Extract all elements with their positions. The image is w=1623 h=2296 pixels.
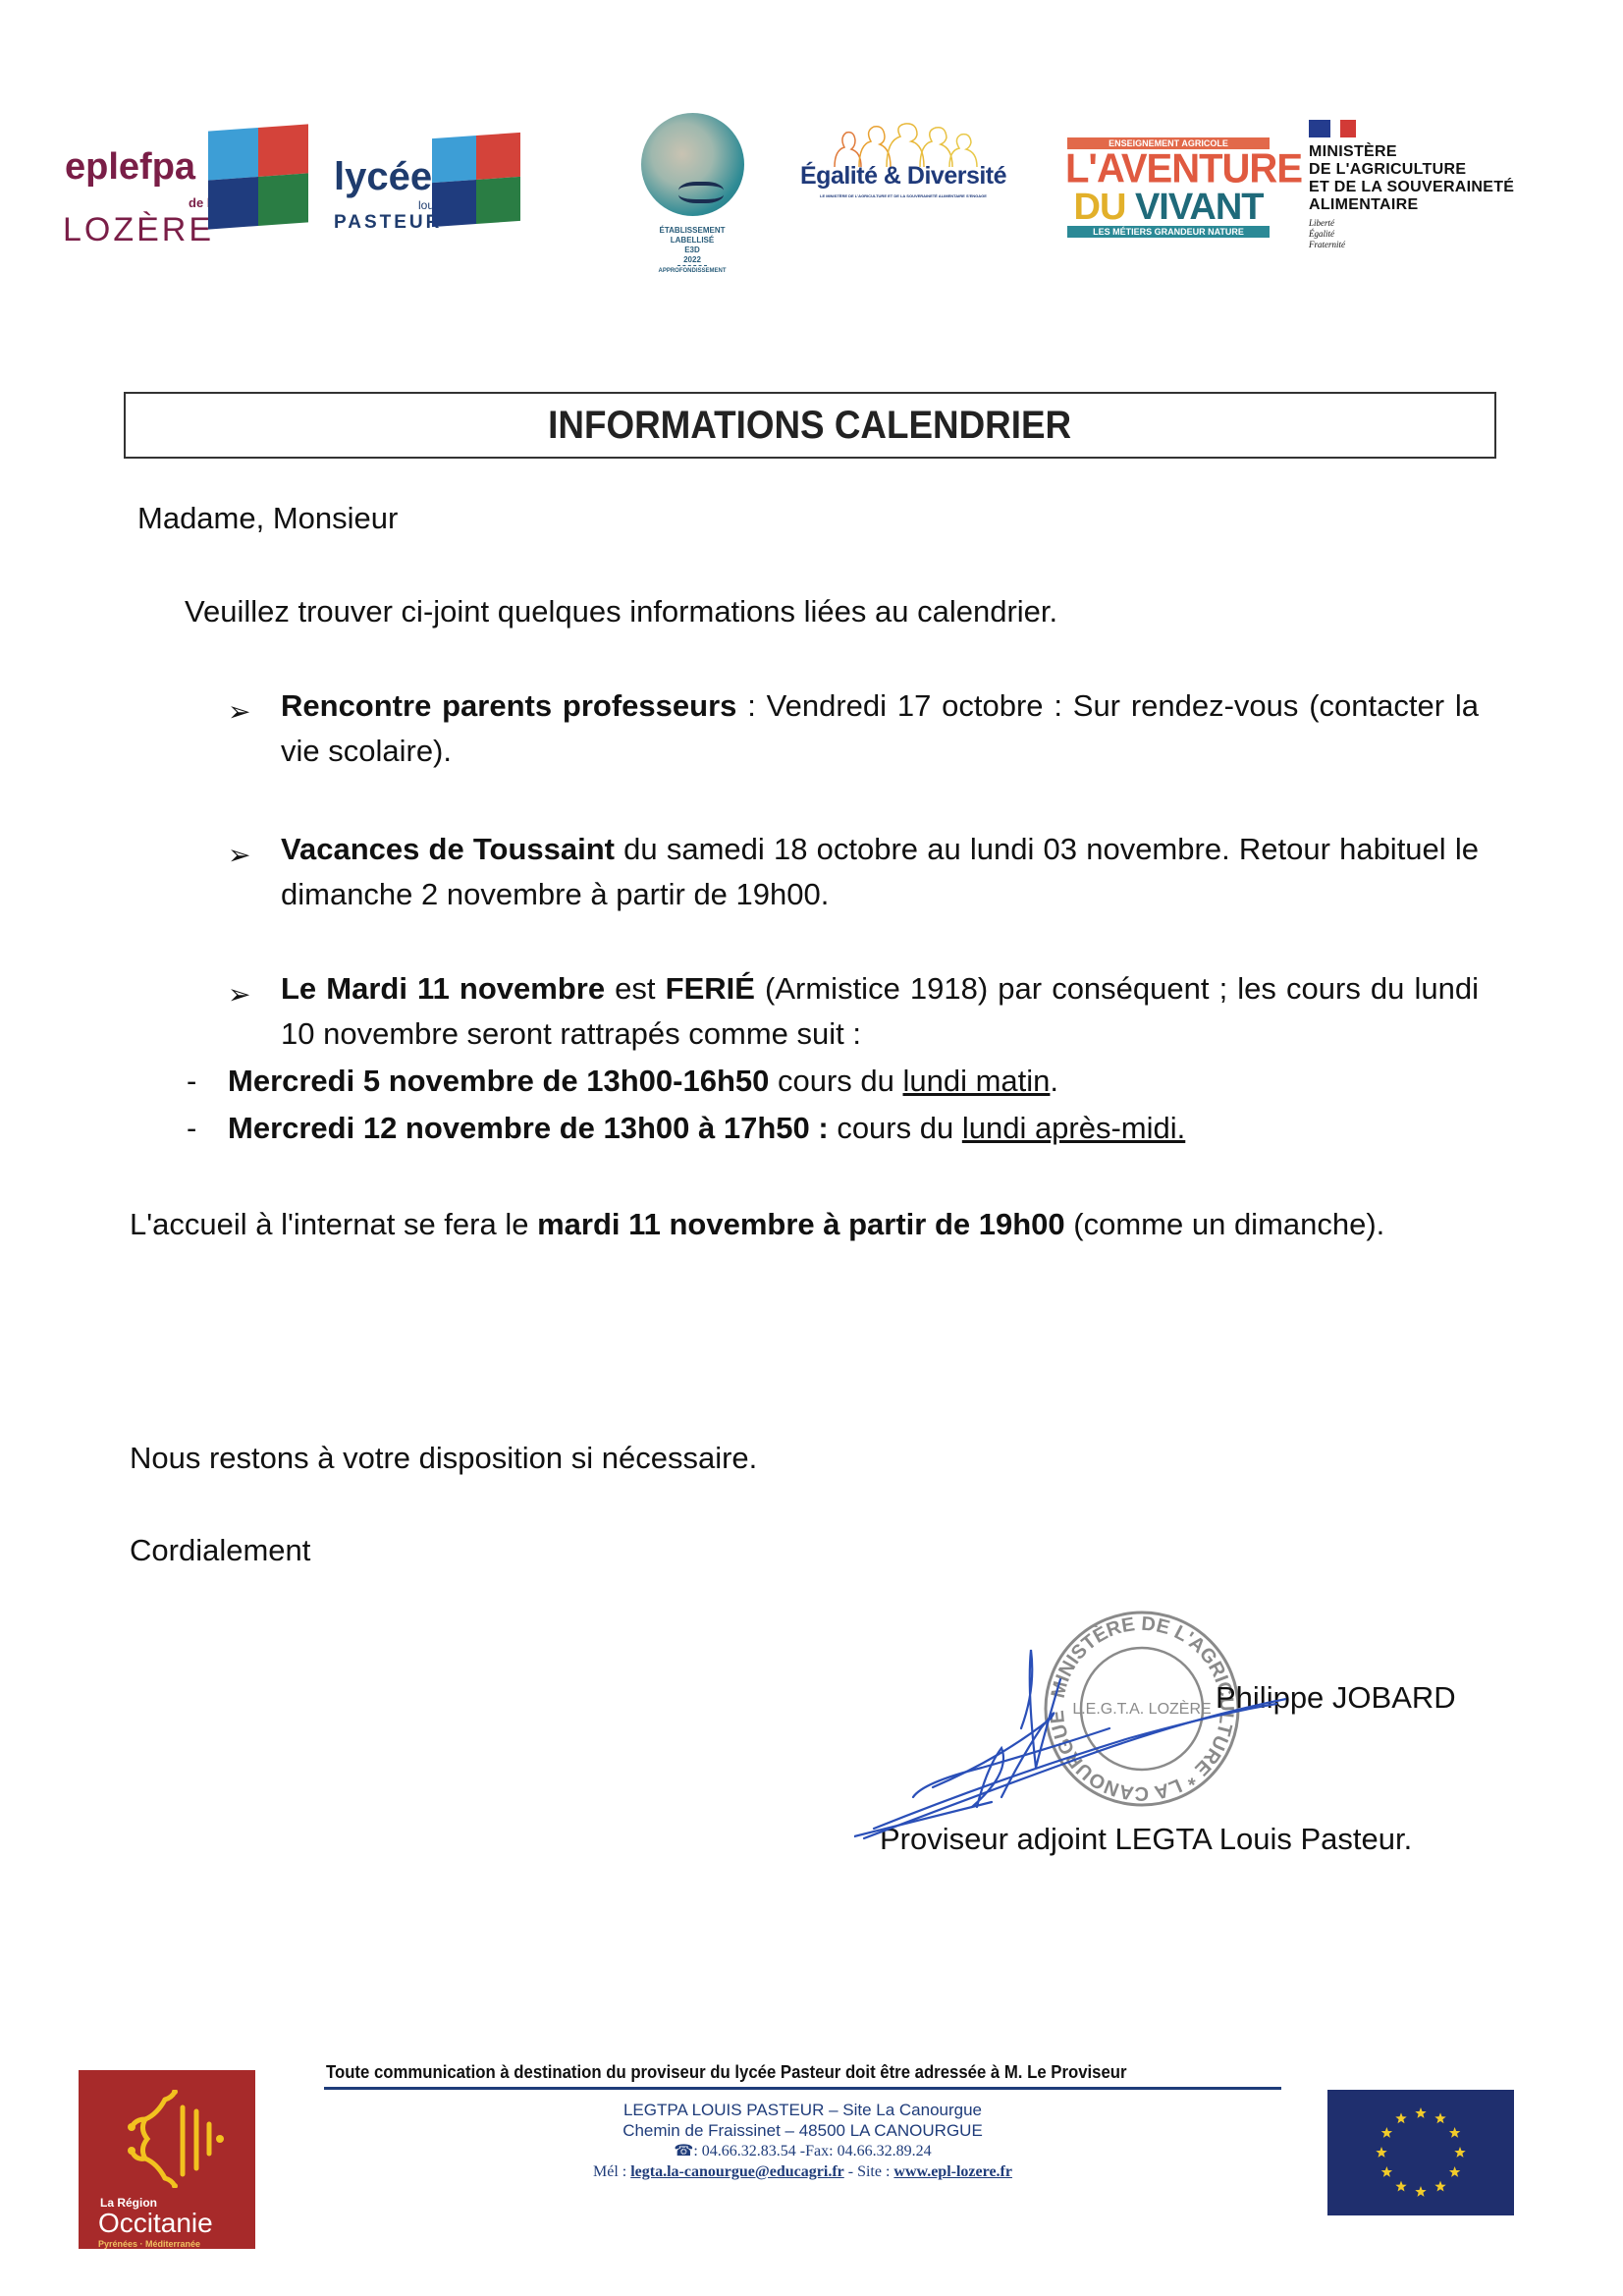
marianne-flag-icon [1309,120,1356,137]
list-item: ➢ Le Mardi 11 novembre est FERIÉ (Armist… [232,966,1479,1057]
dash-text: cours du [769,1064,902,1098]
aventure-line1: L'AVENTURE [1065,148,1271,190]
globe-icon [641,113,744,216]
greeting: Madame, Monsieur [137,496,398,541]
egalite-title: Égalité & Diversité [800,162,1006,191]
phone-icon: ☎ [674,2143,693,2159]
dash-end: . [1050,1064,1058,1098]
dash-item: -Mercredi 12 novembre de 13h00 à 17h50 :… [187,1106,1185,1151]
aventure-vivant: VIVANT [1135,187,1264,228]
aventure-du-vivant-logo: ENSEIGNEMENT AGRICOLE L'AVENTURE DU VIVA… [1065,137,1271,241]
e3d-line: ÉTABLISSEMENT [638,226,746,236]
dash-bullet-icon: - [187,1106,228,1151]
e3d-line: LABELLISÉ [638,236,746,246]
dash-item: -Mercredi 5 novembre de 13h00-16h50 cour… [187,1059,1058,1104]
email-link[interactable]: legta.la-canourgue@educagri.fr [630,2163,844,2180]
site-label: - Site : [844,2163,894,2180]
aventure-line2: DU VIVANT [1065,189,1271,226]
arrow-bullet-icon: ➢ [228,833,250,878]
phone-line: ☎: 04.66.32.83.54 -Fax: 04.66.32.89.24 [324,2141,1281,2161]
dash-bullet-icon: - [187,1059,228,1104]
page-title: INFORMATIONS CALENDRIER [549,404,1072,448]
eu-flag-icon [1327,2090,1514,2215]
closing-sentence: Nous restons à votre disposition si néce… [130,1436,757,1481]
dash-underlined: lundi matin [903,1064,1051,1098]
intro-paragraph: Veuillez trouver ci-joint quelques infor… [185,589,1057,634]
website-link[interactable]: www.epl-lozere.fr [893,2163,1012,2180]
region-occitanie-logo: La Région Occitanie Pyrénées · Méditerra… [79,2070,255,2249]
dash-text: cours du [829,1111,962,1145]
address-line-2: Chemin de Fraissinet – 48500 LA CANOURGU… [324,2120,1281,2141]
people-silhouettes-icon [830,123,997,167]
eplefpa-lozere: LOZÈRE [63,211,214,249]
e3d-line: 2022 [677,255,707,266]
egalite-subtitle: LE MINISTÈRE DE L'AGRICULTURE ET DE LA S… [820,193,987,198]
ministere-agriculture-logo: MINISTÈRE DE L'AGRICULTURE ET DE LA SOUV… [1309,120,1544,257]
egalite-diversite-logo: Égalité & Diversité LE MINISTÈRE DE L'AG… [800,123,1016,201]
occitanie-sub: Pyrénées · Méditerranée [98,2239,200,2249]
occitan-cross-icon [118,2090,226,2188]
arrow-bullet-icon: ➢ [228,689,250,735]
accueil-paragraph: L'accueil à l'internat se fera le mardi … [130,1202,1479,1247]
arrow-bullet-icon: ➢ [228,972,250,1017]
mail-label: Mél : [593,2163,630,2180]
bullet-bold: Rencontre parents professeurs [281,688,736,723]
ministere-motto: Liberté Égalité Fraternité [1309,218,1544,250]
document-title-box: INFORMATIONS CALENDRIER [124,392,1496,459]
bullet-mid: est [605,971,666,1006]
list-item: ➢ Rencontre parents professeurs : Vendre… [232,683,1479,774]
dash-underlined: lundi après-midi. [962,1111,1185,1145]
eplefpa-word: eplefpa [65,146,195,189]
eplefpa-lozere-logo: eplefpa de la LOZÈRE [61,133,287,241]
footer-address: LEGTPA LOUIS PASTEUR – Site La Canourgue… [324,2100,1281,2182]
accueil-pre: L'accueil à l'internat se fera le [130,1207,537,1241]
lycee-word: lycée [334,155,432,199]
e3d-line: E3D [638,246,746,255]
phone-fax: : 04.66.32.83.54 -Fax: 04.66.32.89.24 [693,2143,931,2159]
e3d-label-logo: ÉTABLISSEMENT LABELLISÉ E3D 2022 APPROFO… [638,113,746,280]
bullet-bold: Vacances de Toussaint [281,832,615,866]
lycee-pasteur: PASTEUR [334,212,442,234]
footer-note: Toute communication à destination du pro… [326,2062,1127,2083]
aventure-bottom-band: LES MÉTIERS GRANDEUR NATURE [1067,226,1270,238]
ministere-name: MINISTÈRE DE L'AGRICULTURE ET DE LA SOUV… [1309,143,1544,214]
occitanie-name: Occitanie [98,2208,213,2239]
address-line-1: LEGTPA LOUIS PASTEUR – Site La Canourgue [324,2100,1281,2120]
bullet-bold-ferie: FERIÉ [666,971,755,1006]
contact-line: Mél : legta.la-canourgue@educagri.fr - S… [324,2161,1281,2182]
footer-divider [324,2087,1281,2090]
salutation: Cordialement [130,1528,310,1573]
color-quadrant-icon [432,133,520,227]
dash-bold: Mercredi 12 novembre de 13h00 à 17h50 : [228,1111,829,1145]
handwritten-signature-icon [854,1611,1286,1846]
bullet-bold: Le Mardi 11 novembre [281,971,605,1006]
aventure-du: DU [1074,187,1126,228]
accueil-post: (comme un dimanche). [1065,1207,1385,1241]
lycee-pasteur-logo: lycée louis PASTEUR [330,137,526,236]
list-item: ➢ Vacances de Toussaint du samedi 18 oct… [232,827,1479,917]
color-quadrant-icon [208,124,308,229]
accueil-bold: mardi 11 novembre à partir de 19h00 [537,1207,1065,1241]
dash-bold: Mercredi 5 novembre de 13h00-16h50 [228,1064,769,1098]
e3d-line: APPROFONDISSEMENT [638,266,746,276]
